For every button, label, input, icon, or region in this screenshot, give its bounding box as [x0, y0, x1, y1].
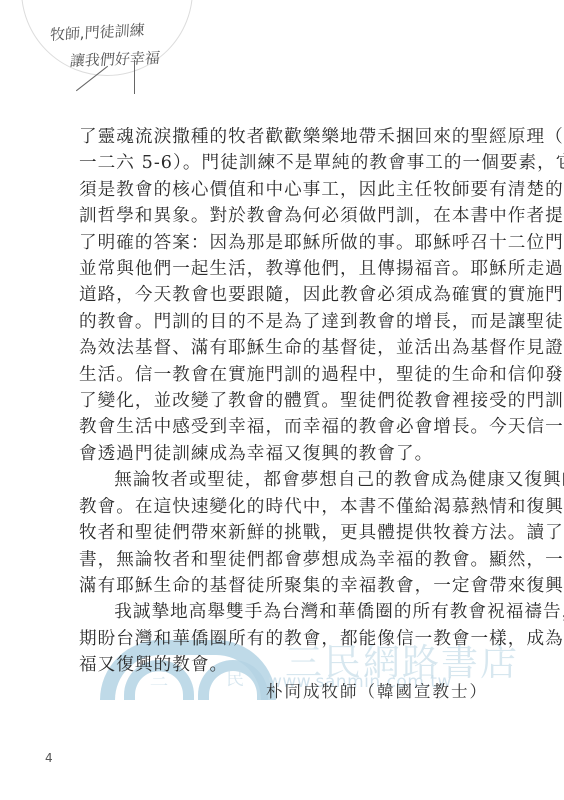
handwritten-title-line-2: 讓我們好幸福 — [69, 47, 161, 71]
text-line: 為效法基督、滿有耶穌生命的基督徒，並活出為基督作見證的 — [79, 335, 491, 361]
paragraph-2: 無論牧者或聖徒，都會夢想自己的教會成為健康又復興的 教會。在這快速變化的時代中，… — [79, 467, 491, 599]
text-line: 牧者和聖徒們帶來新鮮的挑戰，更具體提供牧養方法。讀了本 — [79, 520, 491, 546]
page-number: 4 — [45, 751, 53, 765]
text-line: 書，無論牧者和聖徒們都會夢想成為幸福的教會。顯然，一個 — [79, 547, 491, 573]
text-line: 並常與他們一起生活，教導他們，且傳揚福音。耶穌所走過的 — [79, 256, 491, 282]
text-line: 滿有耶穌生命的基督徒所聚集的幸福教會，一定會帶來復興。 — [79, 573, 491, 599]
paragraph-1: 了靈魂流淚撒種的牧者歡歡樂樂地帶禾捆回來的聖經原理（詩 一二六 5-6）。門徒訓… — [79, 124, 491, 467]
paragraph-3: 我誠摯地高舉雙手為台灣和華僑圈的所有教會祝福禱告， 期盼台灣和華僑圈所有的教會，… — [79, 599, 491, 678]
handwritten-vertical-stroke — [134, 60, 135, 94]
text-line: 訓哲學和異象。對於教會為何必須做門訓，在本書中作者提出 — [79, 203, 491, 229]
text-line: 我誠摯地高舉雙手為台灣和華僑圈的所有教會祝福禱告， — [79, 599, 491, 625]
text-line: 的教會。門訓的目的不是為了達到教會的增長，而是讓聖徒成 — [79, 309, 491, 335]
text-line: 了靈魂流淚撒種的牧者歡歡樂樂地帶禾捆回來的聖經原理（詩 — [79, 124, 491, 150]
book-page: 三 民 三民網路書店 www.sanmin.com.tw 牧師,門徒訓練 讓我們… — [0, 0, 564, 800]
text-line: 教會生活中感受到幸福，而幸福的教會必會增長。今天信一教 — [79, 414, 491, 440]
text-line: 會透過門徒訓練成為幸福又復興的教會了。 — [79, 441, 491, 467]
text-line: 一二六 5-6）。門徒訓練不是單純的教會事工的一個要素，它必 — [79, 150, 491, 176]
text-line: 了變化，並改變了教會的體質。聖徒們從教會裡接受的門訓及 — [79, 388, 491, 414]
text-line: 道路，今天教會也要跟隨，因此教會必須成為確實的實施門訓 — [79, 282, 491, 308]
body-text: 了靈魂流淚撒種的牧者歡歡樂樂地帶禾捆回來的聖經原理（詩 一二六 5-6）。門徒訓… — [79, 124, 491, 679]
text-line: 福又復興的教會。 — [79, 652, 491, 678]
text-line: 須是教會的核心價值和中心事工，因此主任牧師要有清楚的門 — [79, 177, 491, 203]
text-line: 教會。在這快速變化的時代中，本書不僅給渴慕熱情和復興的 — [79, 494, 491, 520]
text-line: 無論牧者或聖徒，都會夢想自己的教會成為健康又復興的 — [79, 467, 491, 493]
author-signature: 朴同成牧師（韓國宣教士） — [266, 678, 488, 702]
text-line: 生活。信一教會在實施門訓的過程中，聖徒的生命和信仰發生 — [79, 362, 491, 388]
text-line: 了明確的答案：因為那是耶穌所做的事。耶穌呼召十二位門徒 — [79, 230, 491, 256]
text-line: 期盼台灣和華僑圈所有的教會，都能像信一教會一樣，成為幸 — [79, 626, 491, 652]
